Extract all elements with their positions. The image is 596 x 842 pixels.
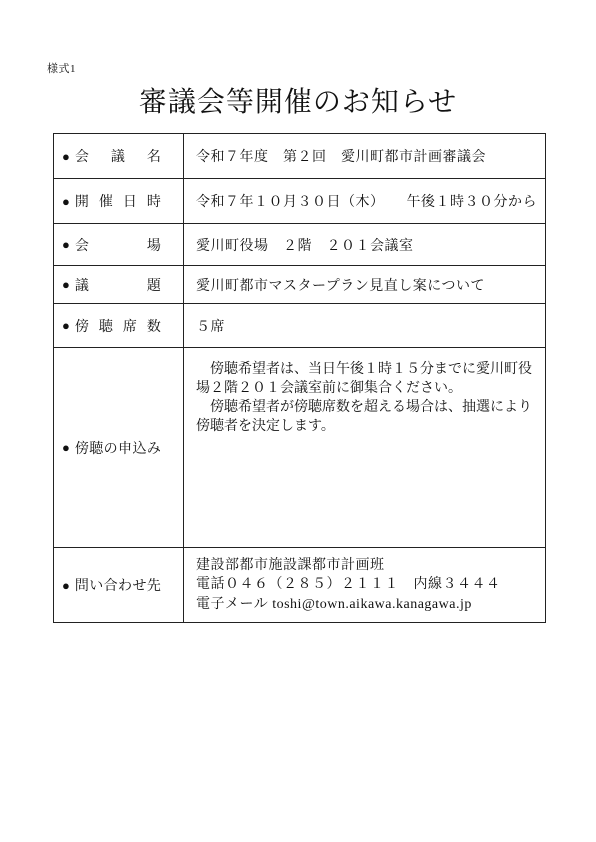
table-row-datetime: ● 開催日時 令和７年１０月３０日（木） 午後１時３０分から bbox=[54, 179, 546, 224]
row-label-cell: ● 傍聴の申込み bbox=[54, 348, 184, 548]
row-value: 愛川町都市マスタープラン見直し案について bbox=[184, 266, 546, 304]
bullet-icon: ● bbox=[62, 238, 70, 251]
page-title: 審議会等開催のお知らせ bbox=[0, 80, 596, 120]
row-label: 問い合わせ先 bbox=[75, 575, 161, 595]
document-page: 様式1 審議会等開催のお知らせ ● 会議名 令和７年度 第２回 愛川町都市計画審… bbox=[0, 0, 596, 842]
bullet-icon: ● bbox=[62, 319, 70, 332]
bullet-icon: ● bbox=[62, 150, 70, 163]
table-row-attendance-application: ● 傍聴の申込み 傍聴希望者は、当日午後１時１５分までに愛川町役場２階２０１会議… bbox=[54, 348, 546, 548]
table-row-contact: ● 問い合わせ先 建設部都市施設課都市計画班 電話０４６（２８５）２１１１ 内線… bbox=[54, 548, 546, 623]
row-label-cell: ● 会場 bbox=[54, 224, 184, 266]
contact-department: 建設部都市施設課都市計画班 bbox=[196, 556, 545, 576]
attendance-paragraph: 傍聴希望者が傍聴席数を超える場合は、抽選により傍聴者を決定します。 bbox=[196, 398, 545, 436]
bullet-icon: ● bbox=[62, 195, 70, 208]
row-value: 建設部都市施設課都市計画班 電話０４６（２８５）２１１１ 内線３４４４ 電子メー… bbox=[184, 548, 546, 623]
bullet-icon: ● bbox=[62, 441, 70, 454]
table-row-meeting-name: ● 会議名 令和７年度 第２回 愛川町都市計画審議会 bbox=[54, 134, 546, 179]
table-row-agenda: ● 議題 愛川町都市マスタープラン見直し案について bbox=[54, 266, 546, 304]
table-row-venue: ● 会場 愛川町役場 ２階 ２０１会議室 bbox=[54, 224, 546, 266]
row-label-cell: ● 開催日時 bbox=[54, 179, 184, 224]
row-label: 傍聴の申込み bbox=[75, 438, 161, 458]
row-value: 傍聴希望者は、当日午後１時１５分までに愛川町役場２階２０１会議室前に御集合くださ… bbox=[184, 348, 546, 548]
row-value: 令和７年１０月３０日（木） 午後１時３０分から bbox=[184, 179, 546, 224]
row-label-cell: ● 会議名 bbox=[54, 134, 184, 179]
row-value: 令和７年度 第２回 愛川町都市計画審議会 bbox=[184, 134, 546, 179]
row-label: 会場 bbox=[75, 235, 161, 255]
notice-table: ● 会議名 令和７年度 第２回 愛川町都市計画審議会 ● 開催日時 令和７年１０… bbox=[53, 133, 546, 623]
contact-phone: 電話０４６（２８５）２１１１ 内線３４４４ bbox=[196, 575, 545, 595]
contact-email: 電子メール toshi@town.aikawa.kanagawa.jp bbox=[196, 595, 545, 615]
row-label: 傍聴席数 bbox=[75, 316, 161, 336]
bullet-icon: ● bbox=[62, 579, 70, 592]
row-label: 開催日時 bbox=[75, 191, 161, 211]
row-label-cell: ● 傍聴席数 bbox=[54, 304, 184, 348]
row-value: ５席 bbox=[184, 304, 546, 348]
row-label: 議題 bbox=[75, 275, 161, 295]
row-label-cell: ● 議題 bbox=[54, 266, 184, 304]
table-row-seats: ● 傍聴席数 ５席 bbox=[54, 304, 546, 348]
form-number-label: 様式1 bbox=[47, 60, 76, 76]
row-label-cell: ● 問い合わせ先 bbox=[54, 548, 184, 623]
attendance-paragraph: 傍聴希望者は、当日午後１時１５分までに愛川町役場２階２０１会議室前に御集合くださ… bbox=[196, 360, 545, 398]
row-label: 会議名 bbox=[75, 146, 161, 166]
row-value: 愛川町役場 ２階 ２０１会議室 bbox=[184, 224, 546, 266]
bullet-icon: ● bbox=[62, 278, 70, 291]
